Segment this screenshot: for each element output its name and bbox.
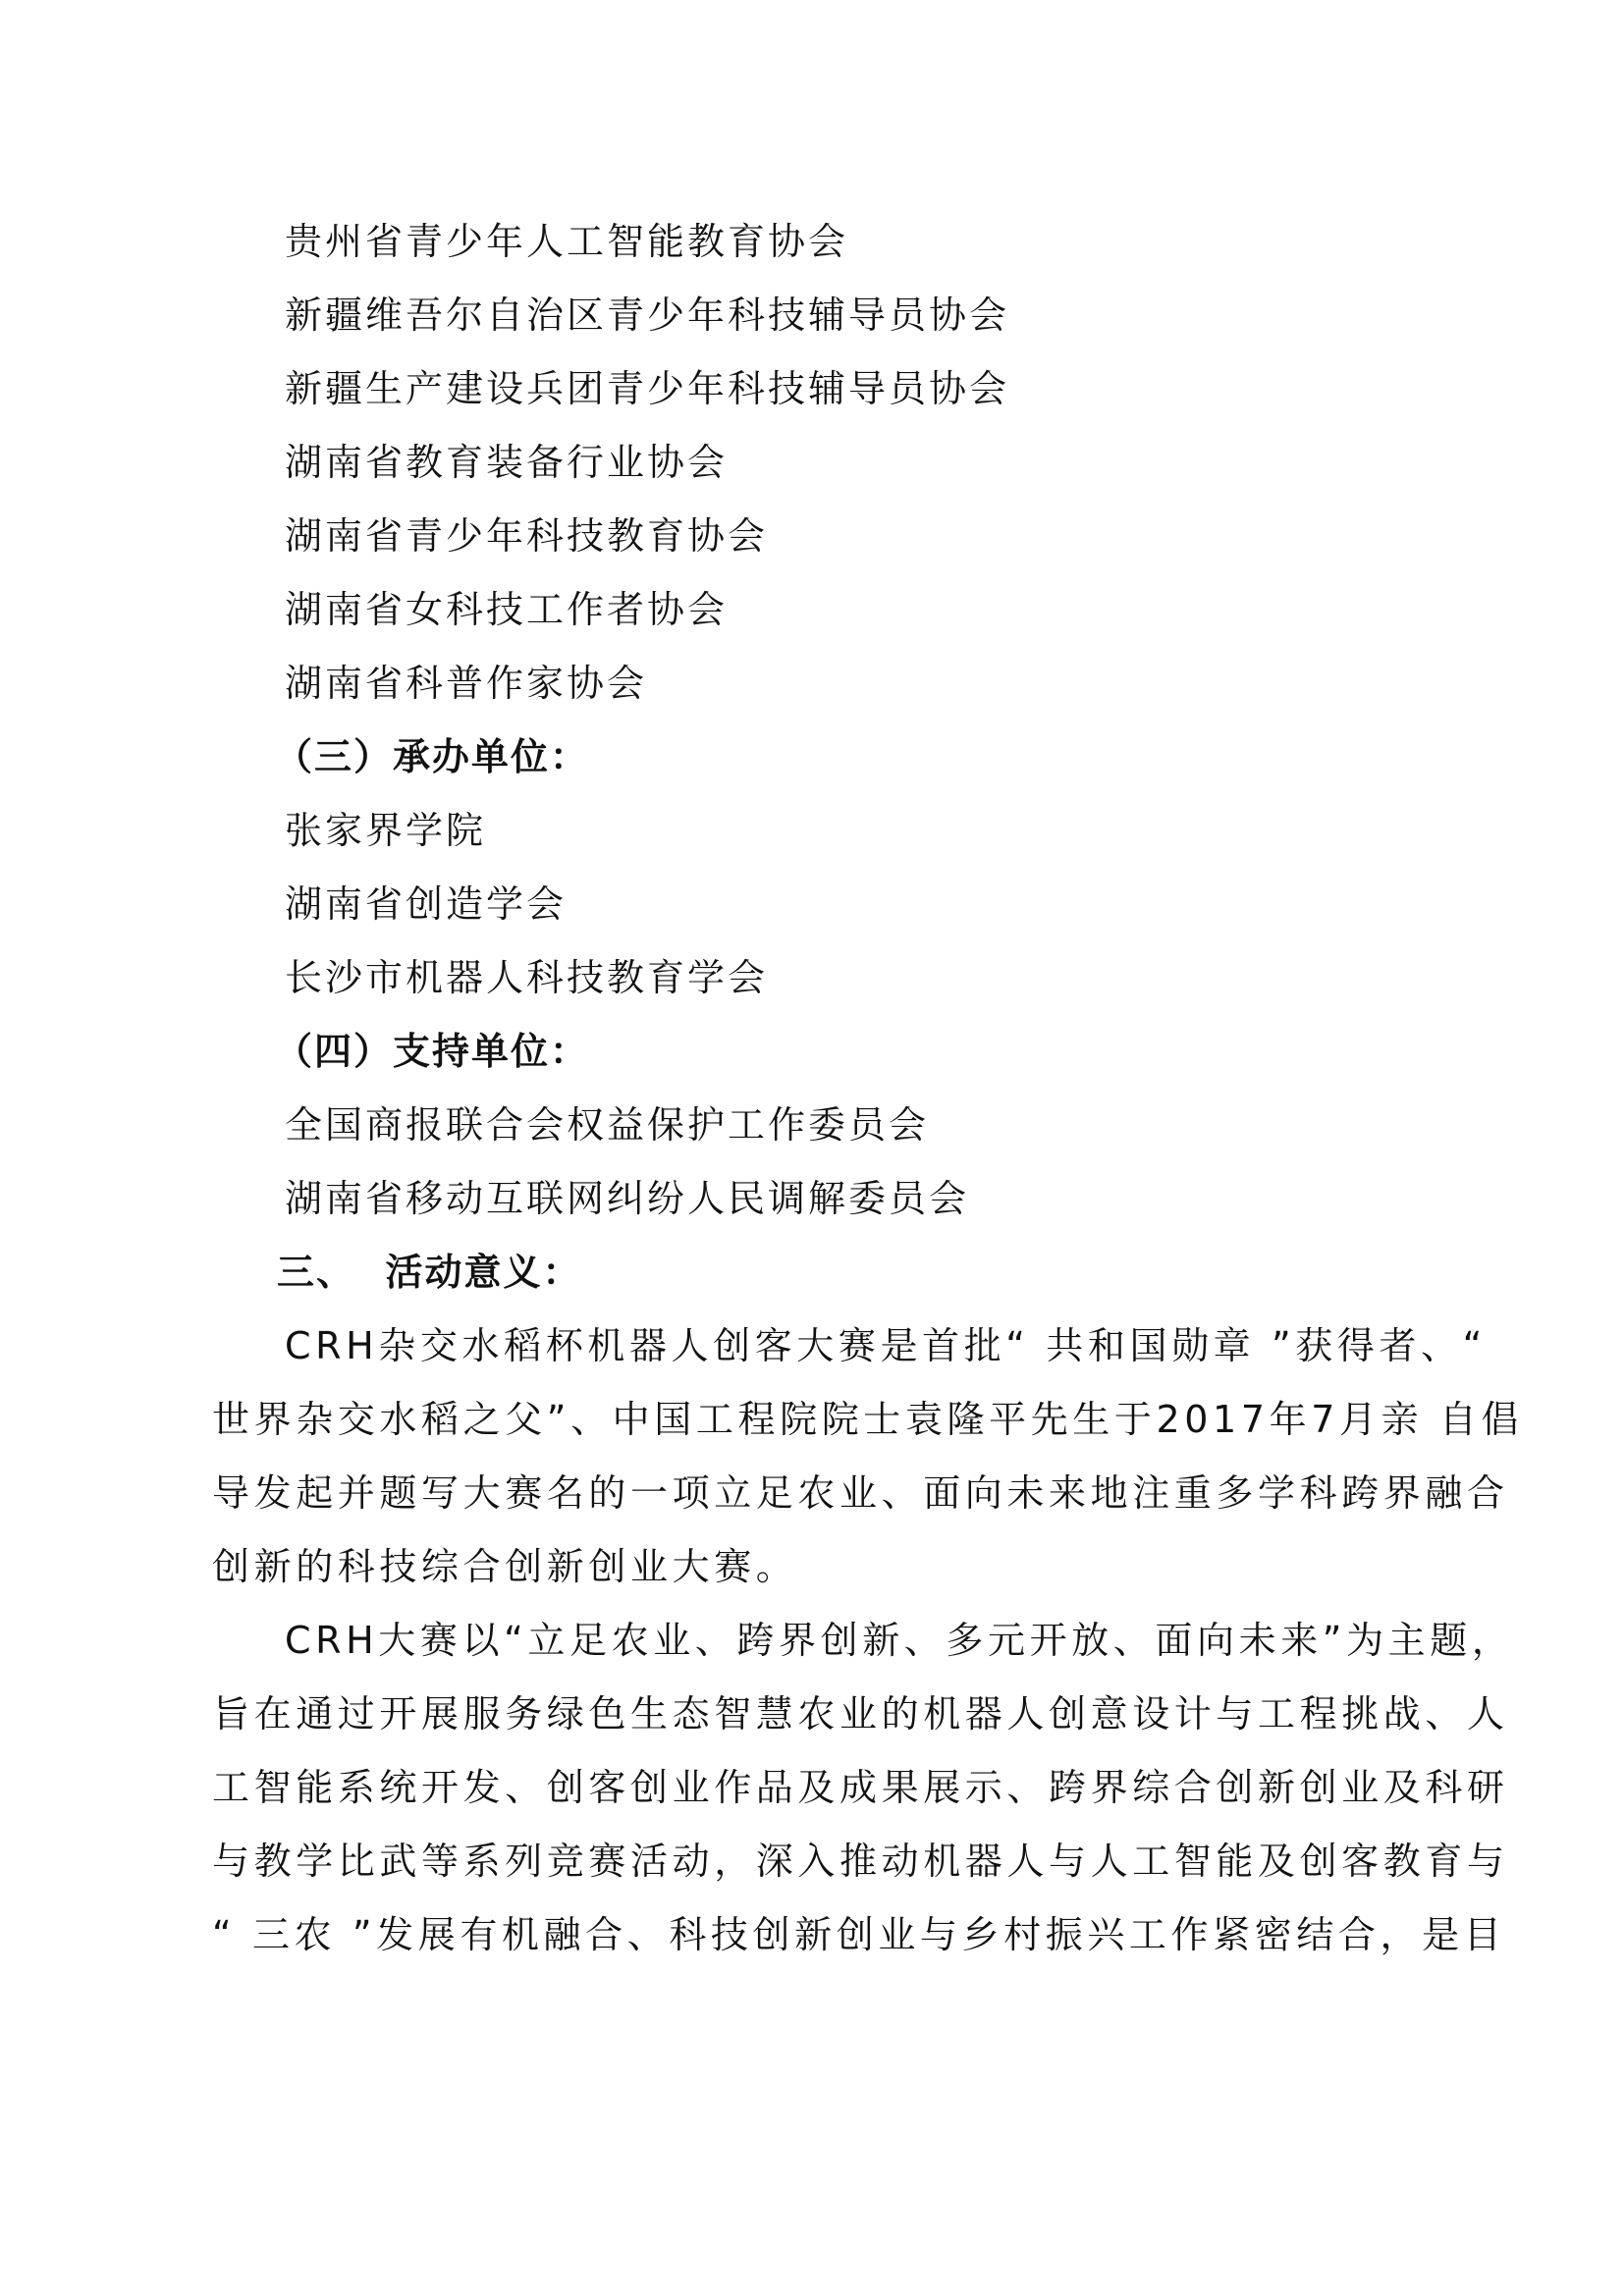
section-heading-hosts: （三）承办单位： <box>275 733 589 780</box>
section-heading-supporters: （四）支持单位： <box>275 1028 589 1075</box>
part-heading-significance: 三、 活动意义： <box>277 1249 581 1296</box>
paragraph-line: 与教学比武等系列竞赛活动，深入推动机器人与人工智能及创客教育与 <box>212 1838 1420 1885</box>
organizer-item: 湖南省青少年科技教育协会 <box>285 512 768 560</box>
paragraph-line: CRH杂交水稻杯机器人创客大赛是首批“ 共和国勋章 ”获得者、“ <box>285 1322 1424 1369</box>
organizer-item: 湖南省科普作家协会 <box>285 660 647 707</box>
paragraph-line: CRH大赛以“立足农业、跨界创新、多元开放、面向未来”为主题， <box>285 1617 1424 1664</box>
organizer-item: 新疆生产建设兵团青少年科技辅导员协会 <box>285 365 1009 412</box>
paragraph-line: 导发起并题写大赛名的一项立足农业、面向未来地注重多学科跨界融合 <box>212 1469 1420 1517</box>
organizer-item: 贵州省青少年人工智能教育协会 <box>285 218 848 265</box>
host-item: 长沙市机器人科技教育学会 <box>285 954 768 1001</box>
paragraph-line: 世界杂交水稻之父”、中国工程院院士袁隆平先生于2017年7月亲 自倡 <box>212 1396 1420 1443</box>
paragraph-line: 创新的科技综合创新创业大赛。 <box>212 1543 1420 1590</box>
organizer-item: 新疆维吾尔自治区青少年科技辅导员协会 <box>285 292 1009 339</box>
paragraph-line: “ 三农 ”发展有机融合、科技创新创业与乡村振兴工作紧密结合，是目 <box>212 1911 1420 1958</box>
paragraph-line: 旨在通过开展服务绿色生态智慧农业的机器人创意设计与工程挑战、人 <box>212 1690 1420 1737</box>
supporter-item: 全国商报联合会权益保护工作委员会 <box>285 1101 929 1148</box>
paragraph-line: 工智能系统开发、创客创业作品及成果展示、跨界综合创新创业及科研 <box>212 1764 1420 1811</box>
document-page: 贵州省青少年人工智能教育协会 新疆维吾尔自治区青少年科技辅导员协会 新疆生产建设… <box>0 0 1624 2296</box>
organizer-item: 湖南省教育装备行业协会 <box>285 439 728 486</box>
supporter-item: 湖南省移动互联网纠纷人民调解委员会 <box>285 1175 969 1222</box>
host-item: 张家界学院 <box>285 807 486 854</box>
host-item: 湖南省创造学会 <box>285 881 567 928</box>
organizer-item: 湖南省女科技工作者协会 <box>285 586 728 633</box>
